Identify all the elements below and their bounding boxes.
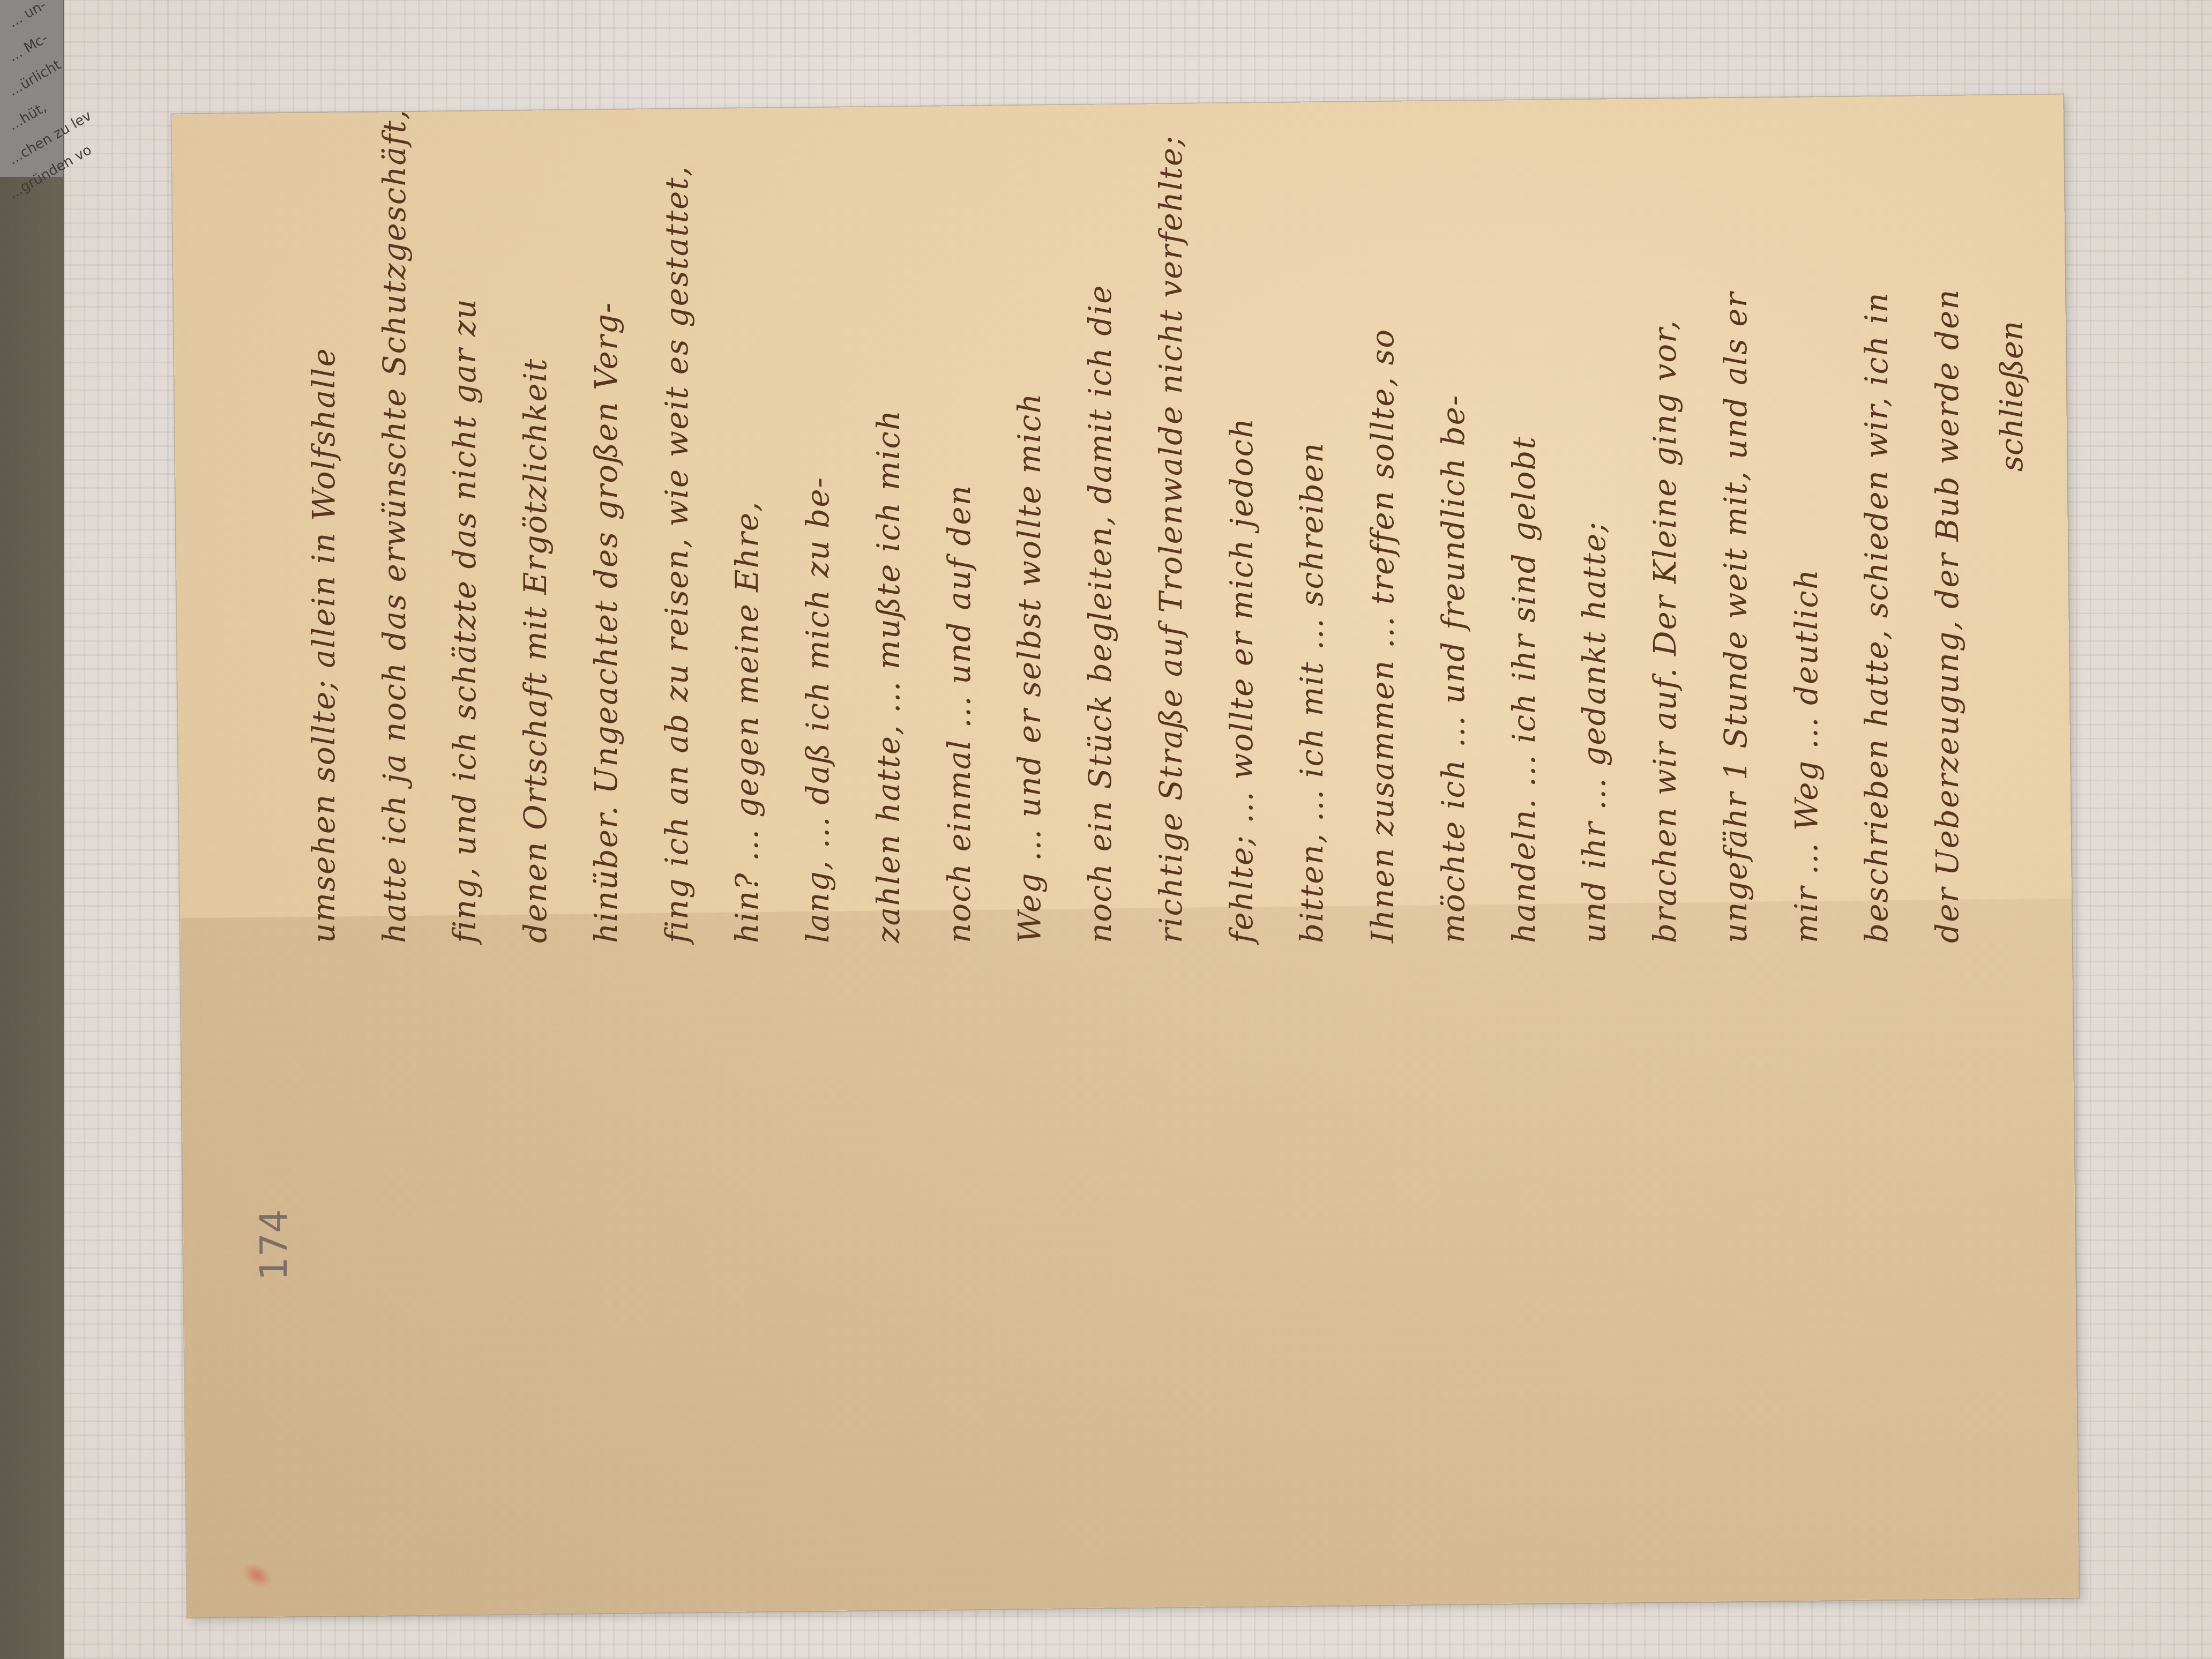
handwritten-text-block: umsehen sollte; allein in Wolfshallehatt…: [0, 0, 2212, 1659]
handwritten-line: umsehen sollte; allein in Wolfshalle: [305, 166, 342, 943]
handwritten-line: handeln. ... ich ihr sind gelobt: [1506, 166, 1542, 943]
handwritten-line: noch einmal ... und auf den: [941, 166, 977, 943]
handwritten-line: bitten, ... ich mit ... schreiben: [1294, 166, 1330, 943]
handwritten-line: der Ueberzeugung, der Bub werde den: [1929, 166, 1966, 943]
handwritten-line: hin? ... gegen meine Ehre,: [729, 166, 765, 943]
handwritten-line: richtige Straße auf Trolenwalde nicht ve…: [1153, 166, 1189, 943]
handwritten-line: beschrieben hatte, schieden wir, ich in: [1858, 166, 1895, 943]
handwritten-line: noch ein Stück begleiten, damit ich die: [1082, 166, 1118, 943]
handwritten-line: Ihnen zusammen ... treffen sollte, so: [1364, 166, 1401, 943]
handwritten-line: Weg ... und er selbst wollte mich: [1011, 166, 1048, 943]
handwritten-line: fing ich an ab zu reisen, wie weit es ge…: [659, 166, 695, 943]
handwritten-line: fehlte; ... wollte er mich jedoch: [1223, 166, 1260, 943]
handwritten-line: lang, ... daß ich mich zu be-: [799, 166, 836, 943]
handwritten-line: hinüber. Ungeachtet des großen Verg-: [588, 166, 624, 943]
handwritten-line: hatte ich ja noch das erwünschte Schutzg…: [376, 166, 413, 943]
signature-closing: schließen: [1993, 321, 2030, 472]
handwritten-line: und ihr ... gedankt hatte;: [1576, 166, 1612, 943]
handwritten-line: mir ... Weg ... deutlich: [1788, 166, 1825, 943]
handwritten-line: zahlen hatte, ... mußte ich mich: [870, 166, 907, 943]
handwritten-line: möchte ich ... und freundlich be-: [1435, 166, 1471, 943]
handwritten-line: ungefähr 1 Stunde weit mit, und als er: [1717, 166, 1754, 943]
handwritten-line: denen Ortschaft mit Ergötzlichkeit: [517, 166, 554, 943]
handwritten-line: fing, und ich schätzte das nicht gar zu: [446, 166, 483, 943]
handwritten-line: brachen wir auf. Der Kleine ging vor,: [1647, 166, 1683, 943]
